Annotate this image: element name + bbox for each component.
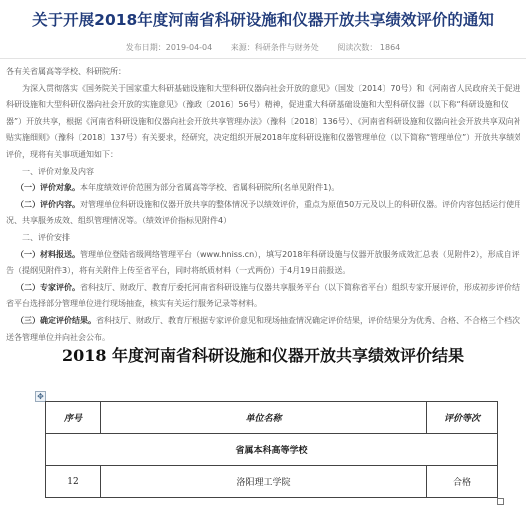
header-divider: [0, 58, 526, 59]
table-header-row: 序号 单位名称 评价等次: [46, 402, 498, 434]
s1-item-1: （一）评价对象。本年度绩效评价范围为部分省属高等学校、省属科研院所(名单见附件1…: [6, 180, 520, 197]
table-group-row: 省属本科高等学校: [46, 434, 498, 466]
results-table: 序号 单位名称 评价等次 省属本科高等学校 12 洛阳理工学院 合格: [45, 401, 498, 498]
s2-item-1-label: （一）材料报送。: [16, 250, 80, 259]
section-1-heading: 一、评价对象及内容: [6, 164, 520, 181]
intro-line-2: 科研设施和大型科研仪器向社会开放的实施意见》（豫政〔2016〕56号）精神，促进…: [6, 97, 520, 114]
col-header-grade: 评价等次: [427, 402, 498, 434]
intro-line-3: 器”）开放共享，根据《河南省科研设施和仪器向社会开放共享管理办法》（豫科〔201…: [6, 114, 520, 131]
s2-item-1: （一）材料报送。管理单位登陆省级网络管理平台（www.hniss.cn），填写2…: [6, 247, 520, 264]
intro-line-4: 贴实施细则》（豫科〔2018〕137号）有关要求，经研究，决定组织开展2018年…: [6, 130, 520, 147]
results-title: 2018 年度河南省科研设施和仪器开放共享绩效评价结果: [0, 343, 526, 366]
source: 来源：科研条件与财务处: [231, 43, 319, 52]
view-count: 阅读次数： 1864: [337, 43, 400, 52]
s2-item-3-label: （三）确定评价结果。: [16, 316, 96, 325]
table-row: 12 洛阳理工学院 合格: [46, 466, 498, 498]
col-header-no: 序号: [46, 402, 101, 434]
s1-item-2-text: 对管理单位科研设施和仪器开放共享的整体情况予以绩效评价，重点为原值50万元及以上…: [80, 200, 520, 209]
s2-item-2-cont: 省平台选择部分管理单位进行现场抽查，核实有关运行服务记录等材料。: [6, 296, 520, 313]
s1-item-2-label: （二）评价内容。: [16, 200, 80, 209]
group-label: 省属本科高等学校: [46, 434, 498, 466]
s2-item-2-label: （二）专家评价。: [16, 283, 80, 292]
s2-item-2-text: 省科技厅、财政厅、教育厅委托河南省科研设施与仪器共享服务平台（以下简称省平台）组…: [80, 283, 520, 292]
s1-item-2-cont: 况、共享服务成效、组织管理情况等。（绩效评价指标见附件4）: [6, 213, 520, 230]
article-body: 各有关省属高等学校、科研院所： 为深入贯彻落实《国务院关于国家重大科研基础设施和…: [6, 64, 520, 346]
s1-item-1-text: 本年度绩效评价范围为部分省属高等学校、省属科研院所(名单见附件1)。: [80, 183, 339, 192]
intro-line-5: 评价，现将有关事项通知如下：: [6, 147, 520, 164]
s2-item-3-text: 省科技厅、财政厅、教育厅根据专家评价意见和现场抽查情况确定评价结果，评价结果分为…: [96, 316, 520, 325]
row-no: 12: [46, 466, 101, 498]
table-resize-handle[interactable]: [497, 498, 504, 505]
col-header-name: 单位名称: [100, 402, 426, 434]
intro-line-1: 为深入贯彻落实《国务院关于国家重大科研基础设施和大型科研仪器向社会开放的意见》（…: [6, 81, 520, 98]
salutation: 各有关省属高等学校、科研院所：: [6, 64, 520, 81]
s2-item-2: （二）专家评价。省科技厅、财政厅、教育厅委托河南省科研设施与仪器共享服务平台（以…: [6, 280, 520, 297]
page-title: 关于开展2018年度河南省科研设施和仪器开放共享绩效评价的通知: [0, 8, 526, 30]
publish-date: 发布日期：2019-04-04: [126, 43, 213, 52]
s2-item-3: （三）确定评价结果。省科技厅、财政厅、教育厅根据专家评价意见和现场抽查情况确定评…: [6, 313, 520, 330]
row-grade: 合格: [427, 466, 498, 498]
s1-item-1-label: （一）评价对象。: [16, 183, 80, 192]
row-name: 洛阳理工学院: [100, 466, 426, 498]
s1-item-2: （二）评价内容。对管理单位科研设施和仪器开放共享的整体情况予以绩效评价，重点为原…: [6, 197, 520, 214]
s2-item-1-cont: 告（提纲见附件3），将有关附件上传至省平台，同时将纸质材料（一式两份）于4月19…: [6, 263, 520, 280]
article-meta: 发布日期：2019-04-04 来源：科研条件与财务处 阅读次数： 1864: [0, 42, 526, 53]
s2-item-1-text: 管理单位登陆省级网络管理平台（www.hniss.cn），填写2018年科研设施…: [80, 250, 520, 259]
section-2-heading: 二、评价安排: [6, 230, 520, 247]
